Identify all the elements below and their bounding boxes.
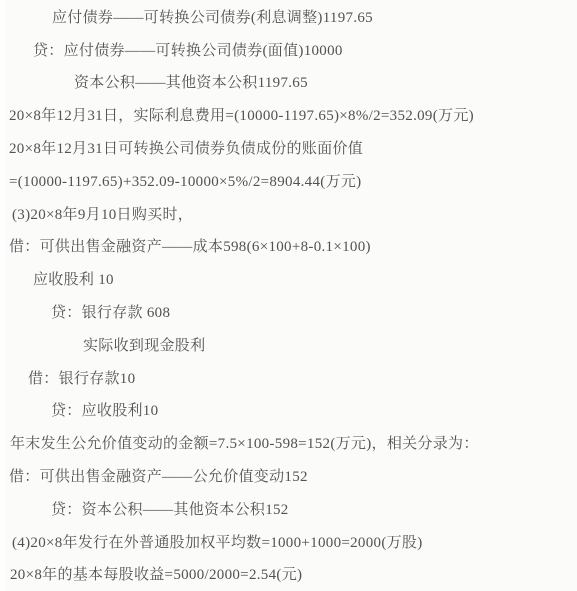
text-line: 贷：银行存款 608 xyxy=(0,295,577,328)
text-line: 贷：应付债券——可转换公司债券(面值)10000 xyxy=(0,33,577,66)
text-line: 贷：资本公积——其他资本公积152 xyxy=(0,492,577,525)
text-line: (4)20×8年发行在外普通股加权平均数=1000+1000=2000(万股) xyxy=(0,525,577,558)
text-line: 20×8年12月31日，实际利息费用=(10000-1197.65)×8%/2=… xyxy=(0,98,577,131)
text-line: 贷：应收股利10 xyxy=(0,394,577,427)
text-line: 年末发生公允价值变动的金额=7.5×100-598=152(万元)，相关分录为： xyxy=(0,426,577,459)
text-line: =(10000-1197.65)+352.09-10000×5%/2=8904.… xyxy=(0,164,577,197)
document-page: 应付债券——可转换公司债券(利息调整)1197.65贷：应付债券——可转换公司债… xyxy=(0,0,577,591)
text-line: (3)20×8年9月10日购买时， xyxy=(0,197,577,230)
text-line: 应付债券——可转换公司债券(利息调整)1197.65 xyxy=(0,0,577,33)
text-line: 实际收到现金股利 xyxy=(0,328,577,361)
document-body: 应付债券——可转换公司债券(利息调整)1197.65贷：应付债券——可转换公司债… xyxy=(0,0,577,591)
text-line: 借：可供出售金融资产——公允价值变动152 xyxy=(0,459,577,492)
text-line: 借：可供出售金融资产——成本598(6×100+8-0.1×100) xyxy=(0,230,577,263)
text-line: 借：银行存款10 xyxy=(0,361,577,394)
text-line: 资本公积——其他资本公积1197.65 xyxy=(0,66,577,99)
text-line: 应收股利 10 xyxy=(0,262,577,295)
text-line: 20×8年的基本每股收益=5000/2000=2.54(元) xyxy=(0,558,577,591)
text-line: 20×8年12月31日可转换公司债券负债成份的账面价值 xyxy=(0,131,577,164)
